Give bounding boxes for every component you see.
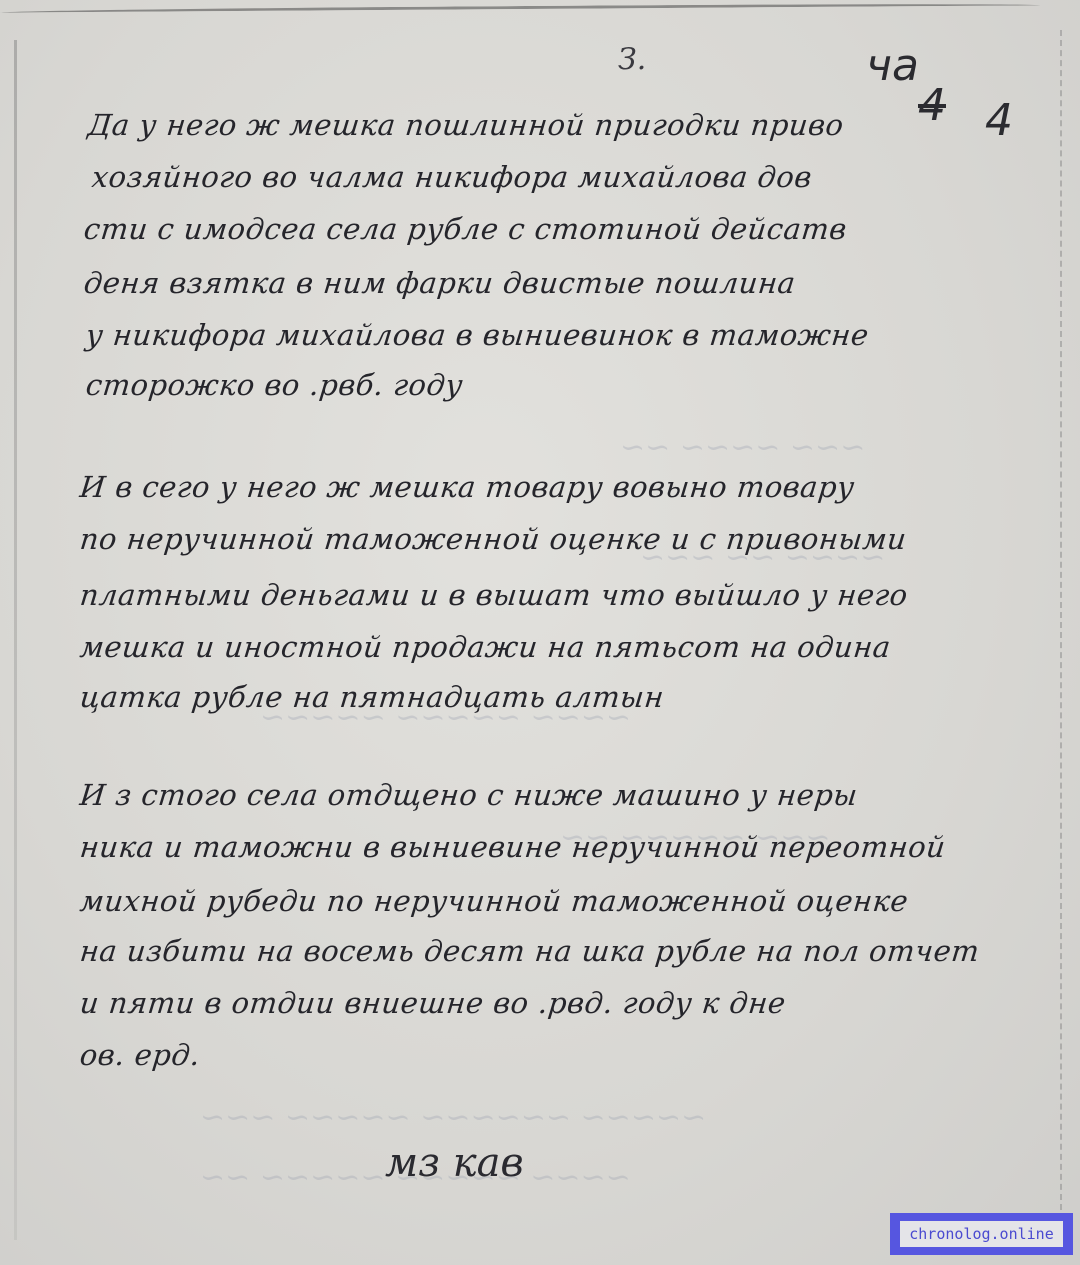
text-line: платными деньгами и в вышат что выйшло у… — [78, 578, 909, 612]
text-line: деня взятка в ним фарки двистые пошлина — [82, 266, 797, 300]
bleed-through: ~~~ ~~~~ ~~ — [620, 430, 865, 465]
manuscript-page: ~~~ ~~~~ ~~ ~~~~ ~~ ~~~ ~~~~ ~~~~~ ~~~~~… — [0, 0, 1080, 1265]
text-line: михной рубеди по неручинной таможенной о… — [78, 884, 910, 918]
text-line: сти с имодсеа села рубле с стотиной дейс… — [82, 212, 848, 246]
text-line: ов. ерд. — [78, 1038, 202, 1072]
text-line: на избити на восемь десят на шка рубле н… — [78, 934, 981, 968]
foliation-struck-number: 4 — [918, 80, 946, 131]
text-line: мешка и иностной продажи на пятьсот на о… — [78, 630, 892, 664]
text-line: по неручинной таможенной оценке и с прив… — [78, 522, 908, 556]
watermark-badge: chronolog.online — [890, 1213, 1073, 1255]
text-line: цатка рубле на пятнадцать алтын — [78, 680, 666, 714]
text-line: И в сего у него ж мешка товару вовыно то… — [78, 470, 856, 504]
foliation-number: ча — [866, 40, 919, 91]
text-line: сторожко во .рвб. году — [84, 368, 464, 402]
bleed-through: ~~~~~ ~~~~~~ ~~~~~ ~~~ — [200, 1100, 706, 1135]
text-line: и пяти в отдии вниешне во .рвд. году к д… — [78, 986, 787, 1020]
page-edge-top — [0, 2, 1040, 15]
text-line: Да у него ж мешка пошлинной пригодки при… — [86, 108, 845, 142]
text-line: хозяйного во чалма никифора михайлова до… — [90, 160, 813, 194]
watermark-text: chronolog.online — [900, 1221, 1063, 1247]
text-line: И з стого села отдщено с ниже машино у н… — [78, 778, 859, 812]
page-edge-right — [1057, 30, 1062, 1210]
center-mark: З. — [618, 42, 646, 77]
foliation-number-right: 4 — [985, 95, 1013, 146]
text-line: ника и таможни в выниевине неручинной пе… — [78, 830, 947, 864]
text-line: у никифора михайлова в выниевинок в тамо… — [84, 318, 870, 352]
signature: мз кав — [385, 1140, 524, 1186]
page-edge-left — [14, 40, 17, 1240]
